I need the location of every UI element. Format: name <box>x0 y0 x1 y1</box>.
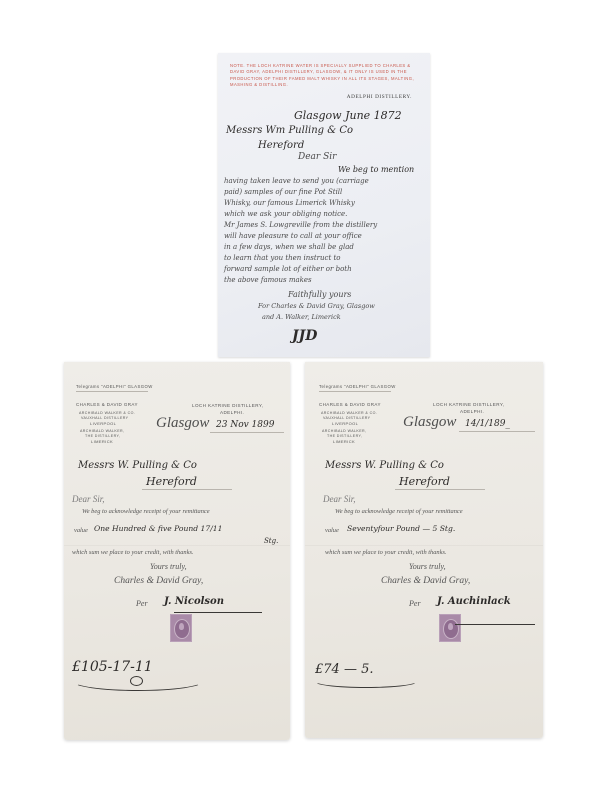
addressee-town: Hereford <box>399 475 450 488</box>
revenue-stamp-icon <box>170 614 192 642</box>
firm-name: CHARLES & DAVID GRAY <box>76 402 138 407</box>
closing: Yours truly, <box>150 562 187 571</box>
salutation: Dear Sir, <box>72 494 105 504</box>
value-prefix: value <box>325 527 339 534</box>
per-label: Per <box>409 599 421 608</box>
acknowledge-line: We beg to acknowledge receipt of your re… <box>335 508 463 515</box>
distillery-sub: ADELPHI. <box>220 410 244 415</box>
salutation: Dear Sir <box>298 152 336 162</box>
body-line: paid) samples of our fine Pot Still <box>224 188 342 196</box>
receipt-date: 23 Nov 1899 <box>216 420 274 430</box>
closing: Yours truly, <box>409 562 446 571</box>
date-rule <box>459 431 535 432</box>
acknowledge-line: We beg to acknowledge receipt of your re… <box>82 508 210 515</box>
partner-1-distillery: VAUXHALL DISTILLERY <box>81 416 128 420</box>
signature-line-1: For Charles & David Gray, Glasgow <box>258 302 375 310</box>
partner-2: ARCHIBALD WALKER, <box>80 429 124 433</box>
partner-2-city: LIMERICK <box>91 439 113 444</box>
partner-1-distillery: VAUXHALL DISTILLERY <box>323 416 370 420</box>
place-glasgow: Glasgow <box>156 415 209 432</box>
body-line: forward sample lot of either or both <box>224 265 352 273</box>
partner-1-city: LIVERPOOL <box>332 421 358 426</box>
per-label: Per <box>136 599 148 608</box>
address-rule <box>142 489 232 490</box>
receipt-january: Telegrams "ADELPHI" GLASGOW CHARLES & DA… <box>305 362 543 738</box>
telegrams-line: Telegrams "ADELPHI" GLASGOW <box>76 384 153 389</box>
distillery-name: LOCH KATRINE DISTILLERY, <box>433 402 504 407</box>
initials-signature: JJD <box>292 328 317 344</box>
partner-2-distillery: THE DISTILLERY, <box>327 434 362 438</box>
divider <box>319 391 391 392</box>
value-prefix: value <box>74 527 88 534</box>
body-line: which we ask your obliging notice. <box>224 210 347 218</box>
amount-in-words: One Hundred & five Pound 17/11 <box>94 524 222 533</box>
loch-katrine-water-note: Note. The Loch Katrine water is speciall… <box>230 63 420 88</box>
distillery-sub: ADELPHI. <box>460 409 484 414</box>
signatory: J. Nicolson <box>164 596 224 607</box>
distillery-name: LOCH KATRINE DISTILLERY, <box>192 403 263 408</box>
distillery-heading: ADELPHI DISTILLERY. <box>347 94 412 100</box>
signatory: J. Auchinlack <box>437 596 511 607</box>
partner-1: ARCHIBALD WALKER & Co. <box>321 411 377 415</box>
divider <box>76 391 148 392</box>
addressee: Messrs W. Pulling & Co <box>325 460 444 471</box>
receipt-1899: Telegrams "ADELPHI" GLASGOW CHARLES & DA… <box>64 362 290 740</box>
partner-2-city: LIMERICK <box>333 439 355 444</box>
addressee: Messrs Wm Pulling & Co <box>226 125 353 136</box>
partner-1: ARCHIBALD WALKER & Co. <box>79 411 135 415</box>
body-line: We beg to mention <box>338 165 414 174</box>
revenue-stamp-icon <box>439 614 461 642</box>
body-line: will have pleasure to call at your offic… <box>224 232 362 240</box>
amount-flourish <box>313 674 419 688</box>
signature-flourish <box>455 624 535 625</box>
addressee-town: Hereford <box>146 475 197 488</box>
body-line: having taken leave to send you (carriage <box>224 177 369 185</box>
firm-signature: Charles & David Gray, <box>381 576 470 586</box>
partner-2-distillery: THE DISTILLERY, <box>85 434 120 438</box>
address-rule <box>395 489 485 490</box>
sterling-suffix: Stg. <box>264 537 278 545</box>
partner-1-city: LIVERPOOL <box>90 421 116 426</box>
body-line: in a few days, when we shall be glad <box>224 243 354 251</box>
amount-in-words: Seventyfour Pound — 5 Stg. <box>347 524 455 533</box>
place-date: Glasgow June 1872 <box>294 109 402 122</box>
paper-fold <box>305 545 543 546</box>
body-line: to learn that you then instruct to <box>224 254 341 262</box>
receipt-date: 14/1/189_ <box>465 419 510 429</box>
flourish-loop <box>130 676 143 686</box>
signature-line-2: and A. Walker, Limerick <box>262 313 341 321</box>
telegrams-line: Telegrams "ADELPHI" GLASGOW <box>319 384 396 389</box>
credit-line: which sum we place to your credit, with … <box>72 549 194 556</box>
signature-flourish <box>174 612 262 613</box>
handwritten-letter-1872: Note. The Loch Katrine water is speciall… <box>218 53 430 357</box>
salutation: Dear Sir, <box>323 494 356 504</box>
date-rule <box>210 432 284 433</box>
firm-signature: Charles & David Gray, <box>114 576 203 586</box>
body-line: the above famous makes <box>224 276 312 284</box>
body-line: Mr James S. Lowgreville from the distill… <box>224 221 377 229</box>
place-glasgow: Glasgow <box>403 414 456 431</box>
addressee: Messrs W. Pulling & Co <box>78 460 197 471</box>
body-line: Whisky, our famous Limerick Whisky <box>224 199 355 207</box>
paper-fold <box>64 545 290 546</box>
closing: Faithfully yours <box>288 290 351 299</box>
credit-line: which sum we place to your credit, with … <box>325 549 447 556</box>
partner-2: ARCHIBALD WALKER, <box>322 429 366 433</box>
addressee-town: Hereford <box>258 140 304 151</box>
firm-name: CHARLES & DAVID GRAY <box>319 402 381 407</box>
